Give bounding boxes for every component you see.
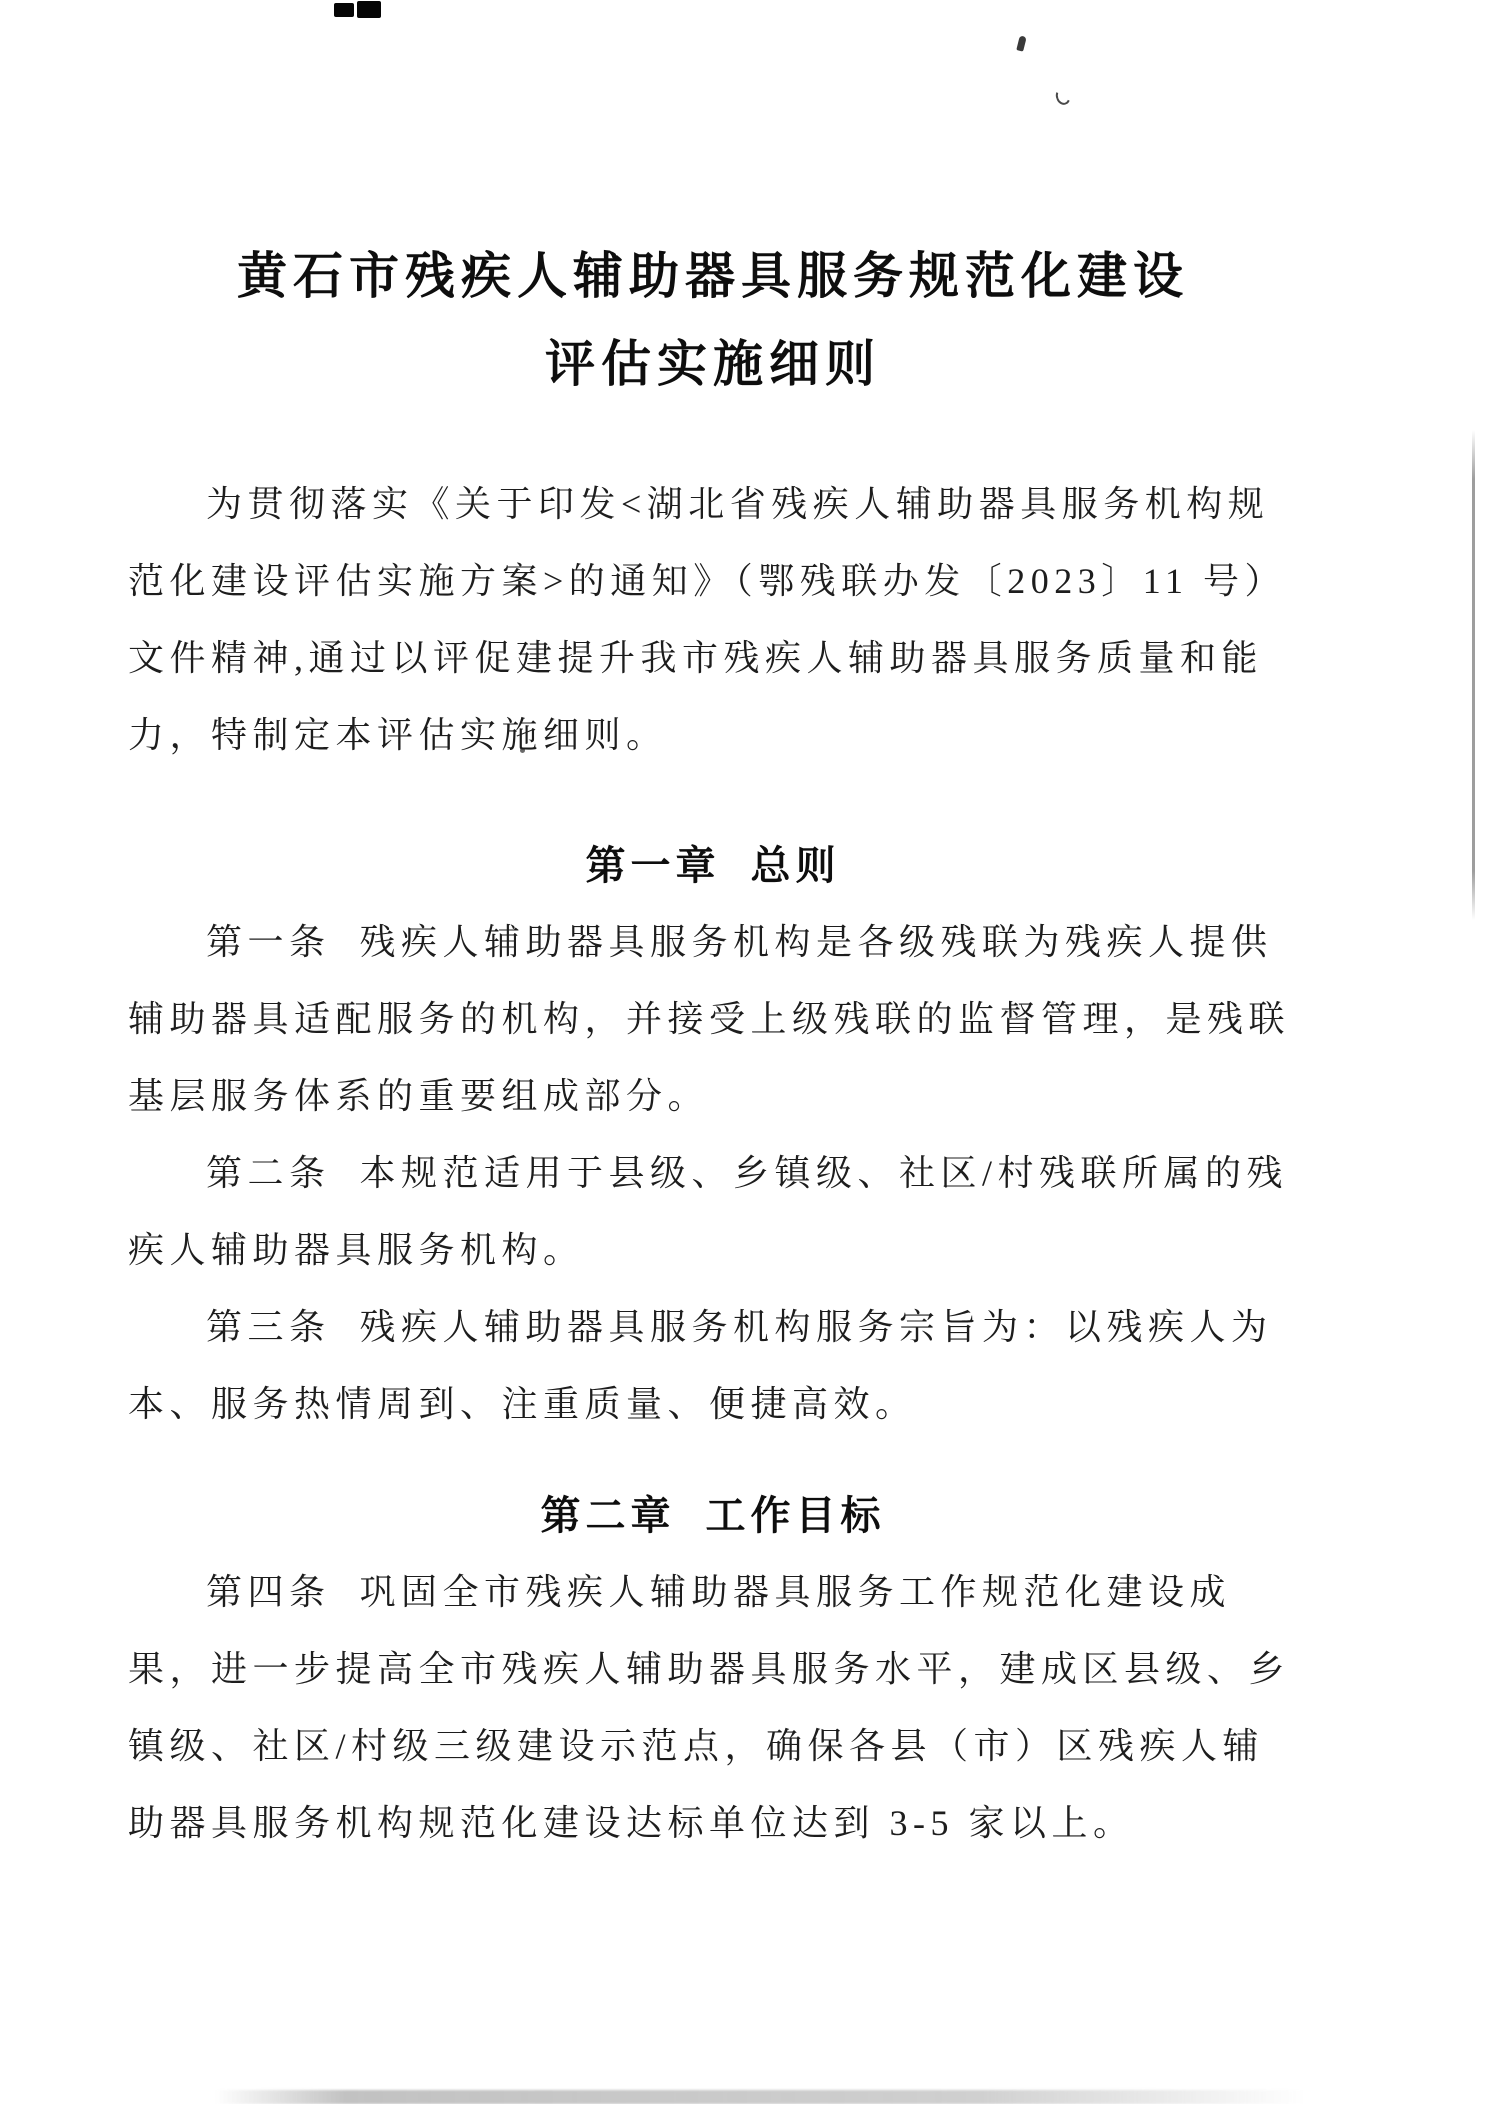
scan-speck-mark <box>1054 86 1073 107</box>
document-body: 黄石市残疾人辅助器具服务规范化建设 评估实施细则 为贯彻落实《关于印发<湖北省残… <box>128 232 1298 1862</box>
text-line: 本、服务热情周到、注重质量、便捷高效。 <box>128 1366 1298 1443</box>
text-line: 第三条 残疾人辅助器具服务机构服务宗旨为：以残疾人为 <box>128 1289 1298 1366</box>
ink-blot-mark <box>334 3 354 17</box>
article1-paragraph: 第一条 残疾人辅助器具服务机构是各级残联为残疾人提供 辅助器具适配服务的机构，并… <box>128 904 1298 1135</box>
ink-blot-mark <box>357 1 381 18</box>
article4-paragraph: 第四条 巩固全市残疾人辅助器具服务工作规范化建设成 果，进一步提高全市残疾人辅助… <box>128 1554 1298 1862</box>
scan-speck-mark <box>1016 35 1026 51</box>
scanner-bottom-smudge <box>215 2090 1305 2104</box>
article3-paragraph: 第三条 残疾人辅助器具服务机构服务宗旨为：以残疾人为 本、服务热情周到、注重质量… <box>128 1289 1298 1443</box>
document-title: 黄石市残疾人辅助器具服务规范化建设 评估实施细则 <box>128 232 1298 408</box>
text-line: 力，特制定本评估实施细则。 <box>128 697 1298 774</box>
text-line: 疾人辅助器具服务机构。 <box>128 1212 1298 1289</box>
article2-paragraph: 第二条 本规范适用于县级、乡镇级、社区/村残联所属的残 疾人辅助器具服务机构。 <box>128 1135 1298 1289</box>
text-line: 镇级、社区/村级三级建设示范点，确保各县（市）区残疾人辅 <box>128 1708 1298 1785</box>
text-line: 基层服务体系的重要组成部分。 <box>128 1058 1298 1135</box>
text-line: 辅助器具适配服务的机构，并接受上级残联的监督管理，是残联 <box>128 981 1298 1058</box>
text-line: 第四条 巩固全市残疾人辅助器具服务工作规范化建设成 <box>128 1554 1298 1631</box>
text-line: 第一条 残疾人辅助器具服务机构是各级残联为残疾人提供 <box>128 904 1298 981</box>
text-line: 为贯彻落实《关于印发<湖北省残疾人辅助器具服务机构规 <box>128 466 1298 543</box>
intro-paragraph: 为贯彻落实《关于印发<湖北省残疾人辅助器具服务机构规 范化建设评估实施方案>的通… <box>128 466 1298 774</box>
text-line: 果，进一步提高全市残疾人辅助器具服务水平，建成区县级、乡 <box>128 1631 1298 1708</box>
text-line: 助器具服务机构规范化建设达标单位达到 3-5 家以上。 <box>128 1785 1298 1862</box>
text-line: 文件精神,通过以评促建提升我市残疾人辅助器具服务质量和能 <box>128 620 1298 697</box>
scanner-edge-line <box>1472 430 1475 920</box>
scanned-document-page: 黄石市残疾人辅助器具服务规范化建设 评估实施细则 为贯彻落实《关于印发<湖北省残… <box>0 0 1488 2104</box>
chapter1-heading: 第一章 总则 <box>128 827 1298 904</box>
document-title-line1: 黄石市残疾人辅助器具服务规范化建设 <box>128 232 1298 320</box>
text-line: 第二条 本规范适用于县级、乡镇级、社区/村残联所属的残 <box>128 1135 1298 1212</box>
text-line: 范化建设评估实施方案>的通知》（鄂残联办发〔2023〕11 号） <box>128 543 1298 620</box>
chapter2-heading: 第二章 工作目标 <box>128 1477 1298 1554</box>
document-title-line2: 评估实施细则 <box>128 320 1298 408</box>
